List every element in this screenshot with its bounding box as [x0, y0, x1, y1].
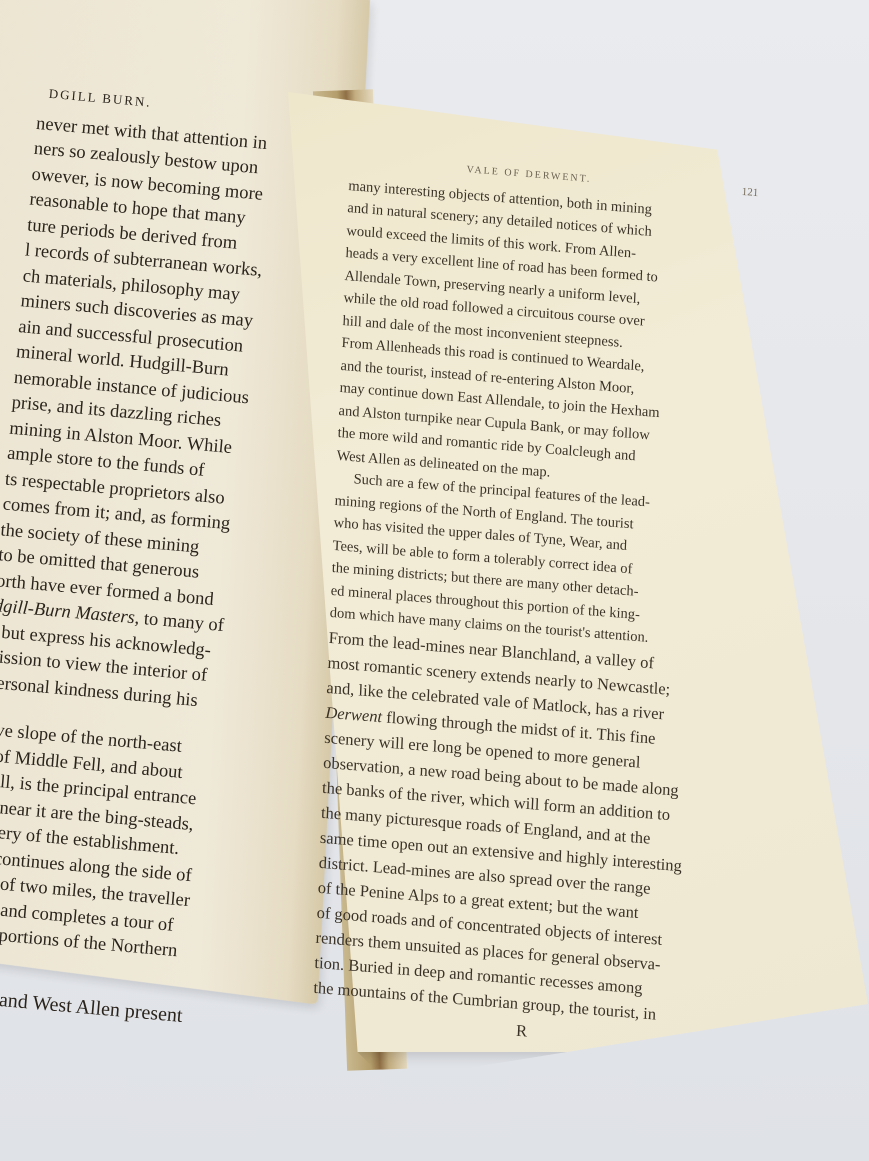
left-paragraph-2: sive slope of the north-eastn of Middle … — [0, 718, 283, 973]
right-paragraph-2-continued: Derwent flowing through the midst of it.… — [313, 699, 745, 1032]
right-paragraph-2: Such are a few of the principal features… — [326, 467, 755, 732]
page-number: 121 — [741, 181, 758, 205]
right-page-text: VALE OF DERWENT. 121 many interesting ob… — [312, 150, 769, 1059]
right-paragraph-1: many interesting objects of attention, b… — [336, 174, 767, 499]
left-paragraph-1: never met with that attention inners so … — [0, 111, 336, 721]
left-paragraph-3: East and West Allen present — [0, 984, 260, 1036]
italic-derwent: Derwent — [325, 702, 382, 725]
text-line: East and West Allen present — [0, 984, 260, 1036]
